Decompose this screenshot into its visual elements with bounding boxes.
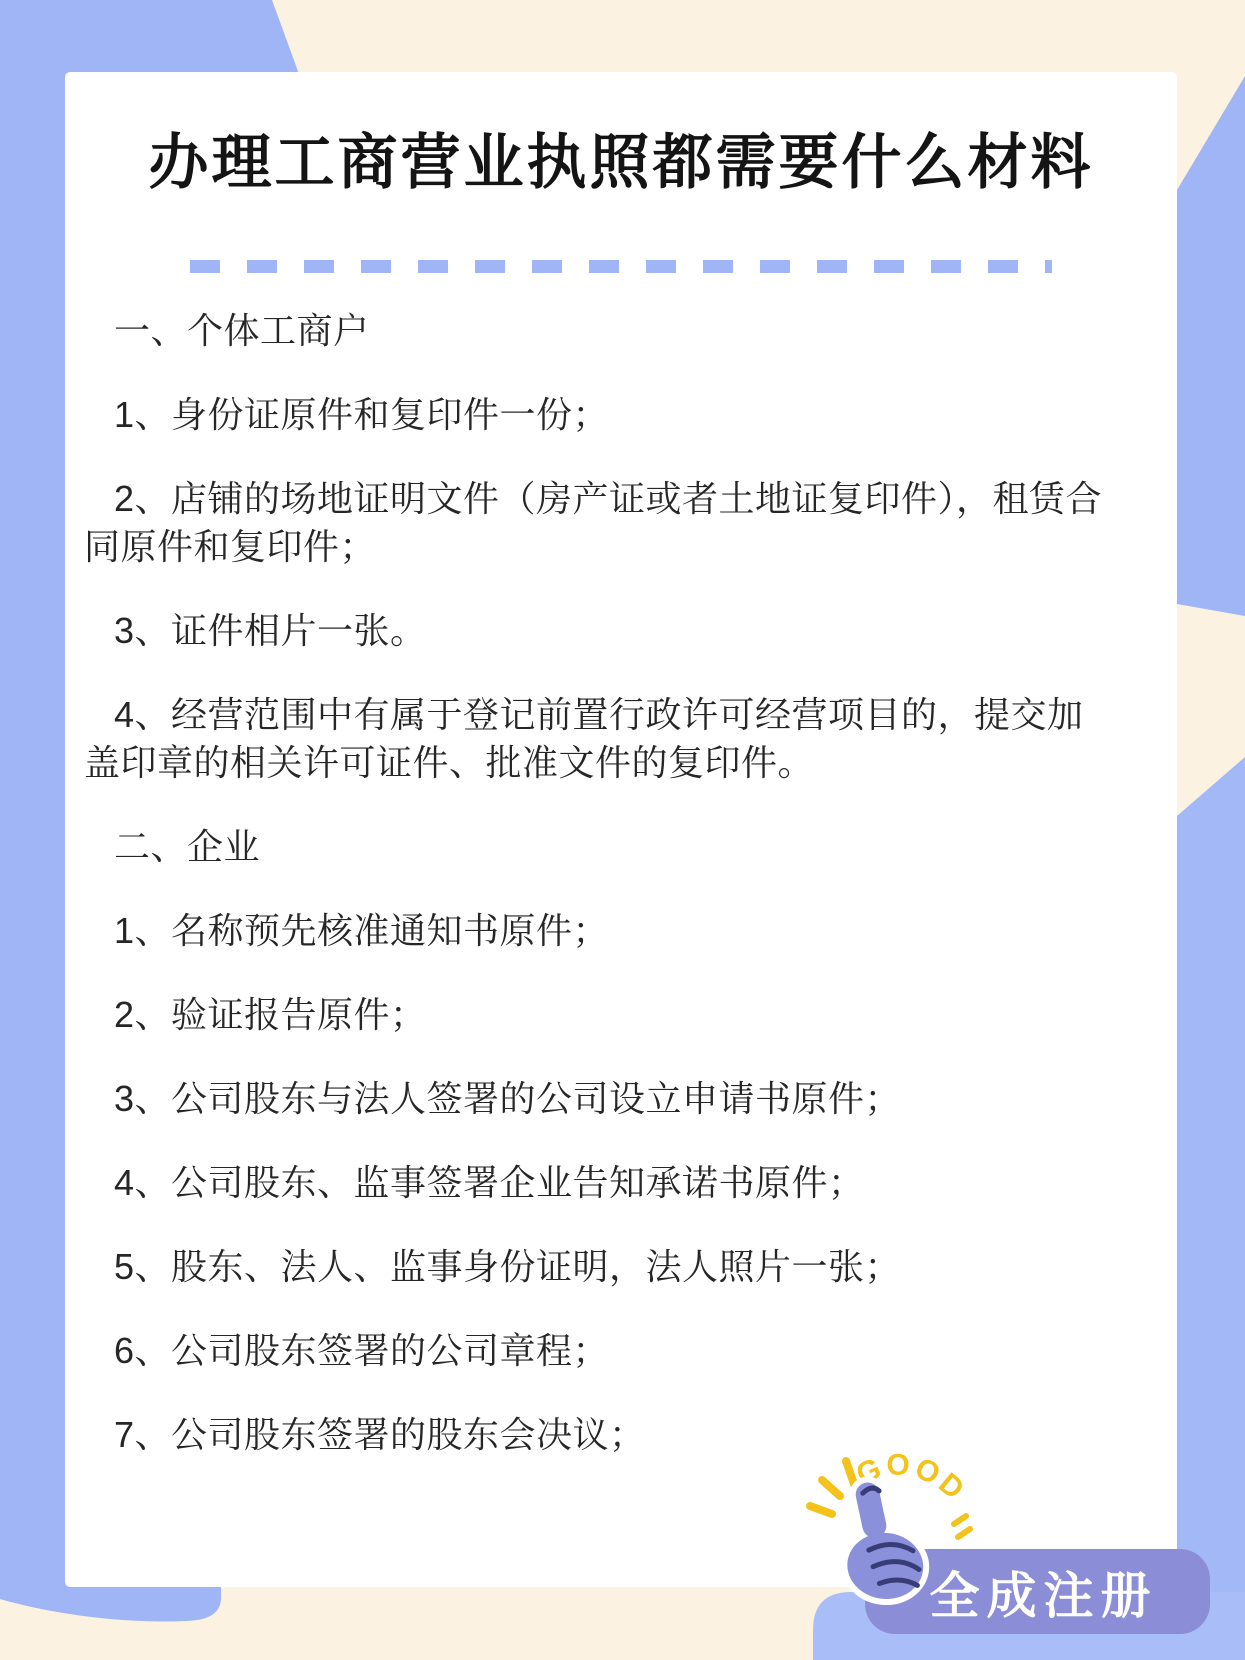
right-upper-blue-shape — [1177, 76, 1245, 616]
list-item: 4、公司股东、监事签署企业告知承诺书原件； — [84, 1159, 1107, 1207]
list-item: 1、身份证原件和复印件一份； — [84, 391, 1107, 439]
content-card: 办理工商营业执照都需要什么材料 一、个体工商户 1、身份证原件和复印件一份； 2… — [65, 72, 1177, 1587]
page-title: 办理工商营业执照都需要什么材料 — [85, 124, 1157, 202]
section-heading: 一、个体工商户 — [84, 307, 1107, 355]
section-heading: 二、企业 — [84, 823, 1107, 871]
list-item: 3、证件相片一张。 — [84, 607, 1107, 655]
rays-icon — [810, 1461, 854, 1514]
list-item: 5、股东、法人、监事身份证明，法人照片一张； — [84, 1243, 1107, 1291]
list-item: 2、店铺的场地证明文件（房产证或者土地证复印件），租赁合同原件和复印件； — [84, 475, 1107, 571]
chevrons-icon — [954, 1516, 970, 1537]
materials-list: 一、个体工商户 1、身份证原件和复印件一份； 2、店铺的场地证明文件（房产证或者… — [65, 307, 1177, 1459]
list-item: 4、经营范围中有属于登记前置行政许可经营项目的，提交加盖印章的相关许可证件、批准… — [84, 691, 1107, 787]
list-item: 1、名称预先核准通知书原件； — [84, 907, 1107, 955]
poster-canvas: 办理工商营业执照都需要什么材料 一、个体工商户 1、身份证原件和复印件一份； 2… — [0, 0, 1245, 1660]
thumbs-up-icon: GOOD — [796, 1444, 981, 1622]
list-item: 2、验证报告原件； — [84, 991, 1107, 1039]
list-item: 6、公司股东签署的公司章程； — [84, 1327, 1107, 1375]
dashed-divider — [190, 260, 1052, 273]
right-lower-blue-shape — [1177, 757, 1245, 1660]
list-item: 3、公司股东与法人签署的公司设立申请书原件； — [84, 1075, 1107, 1123]
